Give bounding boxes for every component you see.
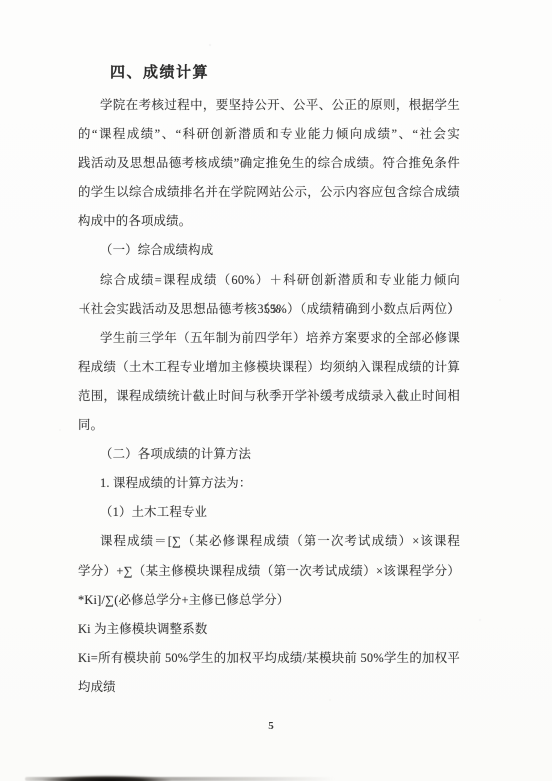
section-heading: 四、成绩计算 [110,64,209,83]
text-line: ＋社会实践活动及思想品德考核（5%）（成绩精确到小数点后两位） [78,295,460,324]
document-body: 学院在考核过程中，要坚持公开、公平、公正的原则，根据学生 的“课程成绩”、“科研… [78,91,460,702]
scan-shadow-dark [42,775,172,781]
text-line: 程成绩（土木工程专业增加主修模块课程）均须纳入课程成绩的计算 [78,353,460,382]
text-line: 课程成绩＝[∑（某必修课程成绩（第一次考试成绩）×该课程 [78,527,460,556]
text-line: 的“课程成绩”、“科研创新潜质和专业能力倾向成绩”、“社会实 [78,120,460,149]
text-line: 构成中的各项成绩。 [78,207,460,236]
text-line: 范围，课程成绩统计截止时间与秋季开学补缓考成绩录入截止时间相 [78,382,460,411]
text-line: *Ki]/∑(必修总学分+主修已修总学分） [78,586,460,615]
text-line: 践活动及思想品德考核成绩”确定推免生的综合成绩。符合推免条件 [78,149,460,178]
text-line: Ki=所有模块前 50%学生的加权平均成绩/某模块前 50%学生的加权平 [78,644,460,673]
text-line: 综合成绩=课程成绩（60%）＋科研创新潜质和专业能力倾向（35%） [78,266,460,295]
page-number: 5 [247,720,295,732]
text-line: 同。 [78,411,460,440]
text-line: （二）各项成绩的计算方法 [78,440,460,469]
text-line: （1）土木工程专业 [78,498,460,527]
text-line: 均成绩 [78,673,460,702]
text-line: 1. 课程成绩的计算方法为： [78,469,460,498]
text-line: Ki 为主修模块调整系数 [78,615,460,644]
text-line: （一）综合成绩构成 [78,236,460,265]
scanned-page: 四、成绩计算 学院在考核过程中，要坚持公开、公平、公正的原则，根据学生 的“课程… [0,0,552,781]
text-line: 的学生以综合成绩排名并在学院网站公示，公示内容应包含综合成绩 [78,178,460,207]
text-line: 学分）+∑（某主修模块课程成绩（第一次考试成绩）×该课程学分） [78,557,460,586]
text-line: 学院在考核过程中，要坚持公开、公平、公正的原则，根据学生 [78,91,460,120]
text-line: 学生前三学年（五年制为前四学年）培养方案要求的全部必修课 [78,324,460,353]
